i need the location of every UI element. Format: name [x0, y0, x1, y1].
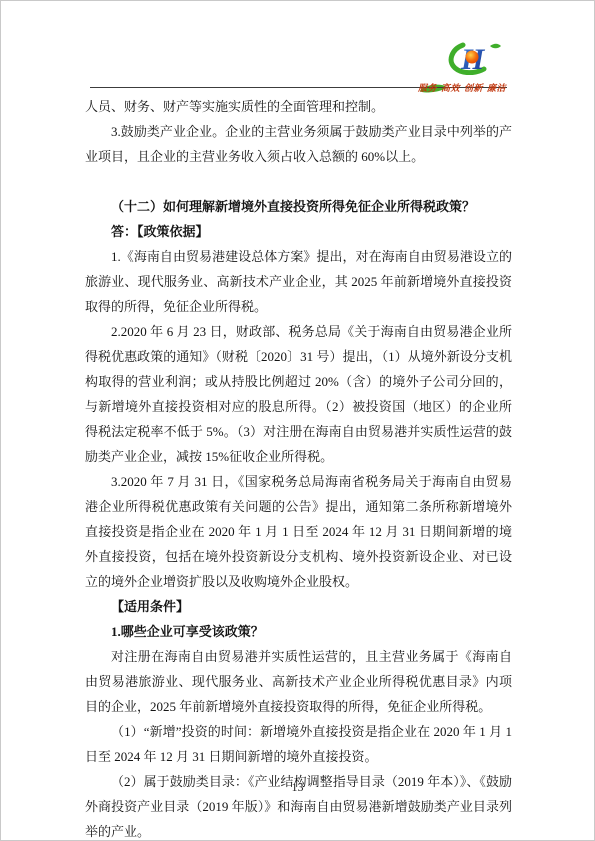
- document-page: H 服务高效创新廉洁 人员、财务、财产等实施实质性的全面管理和控制。3.鼓励类产…: [0, 0, 595, 841]
- body-paragraph: （1）“新增”投资的时间：新增境外直接投资是指企业在 2020 年 1 月 1 …: [85, 719, 512, 769]
- tagline-word-2: 高效: [441, 83, 460, 93]
- logo-leaf: [490, 44, 501, 49]
- heading-paragraph: 1.哪些企业可享受该政策？: [85, 619, 512, 644]
- page-footer: 13: [1, 780, 594, 795]
- body-paragraph: 3.鼓励类产业企业。企业的主营业务须属于鼓励类产业目录中列举的产业项目，且企业的…: [85, 119, 512, 169]
- tagline-word-1: 服务: [418, 83, 437, 93]
- heading-paragraph: （十二）如何理解新增境外直接投资所得免征企业所得税政策？: [85, 194, 512, 219]
- heading-paragraph: 【适用条件】: [85, 594, 512, 619]
- tagline-word-3: 创新: [464, 83, 483, 93]
- tagline-word-4: 廉洁: [487, 83, 506, 93]
- body-paragraph: 对注册在海南自由贸易港并实质性运营的，且主营业务属于《海南自由贸易港旅游业、现代…: [85, 644, 512, 719]
- body-paragraph: 3.2020 年 7 月 31 日，《国家税务总局海南省税务局关于海南自由贸易港…: [85, 469, 512, 594]
- body-paragraph: 人员、财务、财产等实施实质性的全面管理和控制。: [85, 94, 512, 119]
- logo-sun-dot: [466, 51, 479, 64]
- hainan-tax-logo-icon: H: [446, 41, 506, 75]
- body-paragraph: 2.2020 年 6 月 23 日，财政部、税务总局《关于海南自由贸易港企业所得…: [85, 319, 512, 469]
- document-body: 人员、财务、财产等实施实质性的全面管理和控制。3.鼓励类产业企业。企业的主营业务…: [85, 94, 512, 841]
- body-paragraph: 1.《海南自由贸易港建设总体方案》提出，对在海南自由贸易港设立的旅游业、现代服务…: [85, 244, 512, 319]
- page-number: 13: [292, 780, 304, 794]
- heading-paragraph: 答：【政策依据】: [85, 219, 512, 244]
